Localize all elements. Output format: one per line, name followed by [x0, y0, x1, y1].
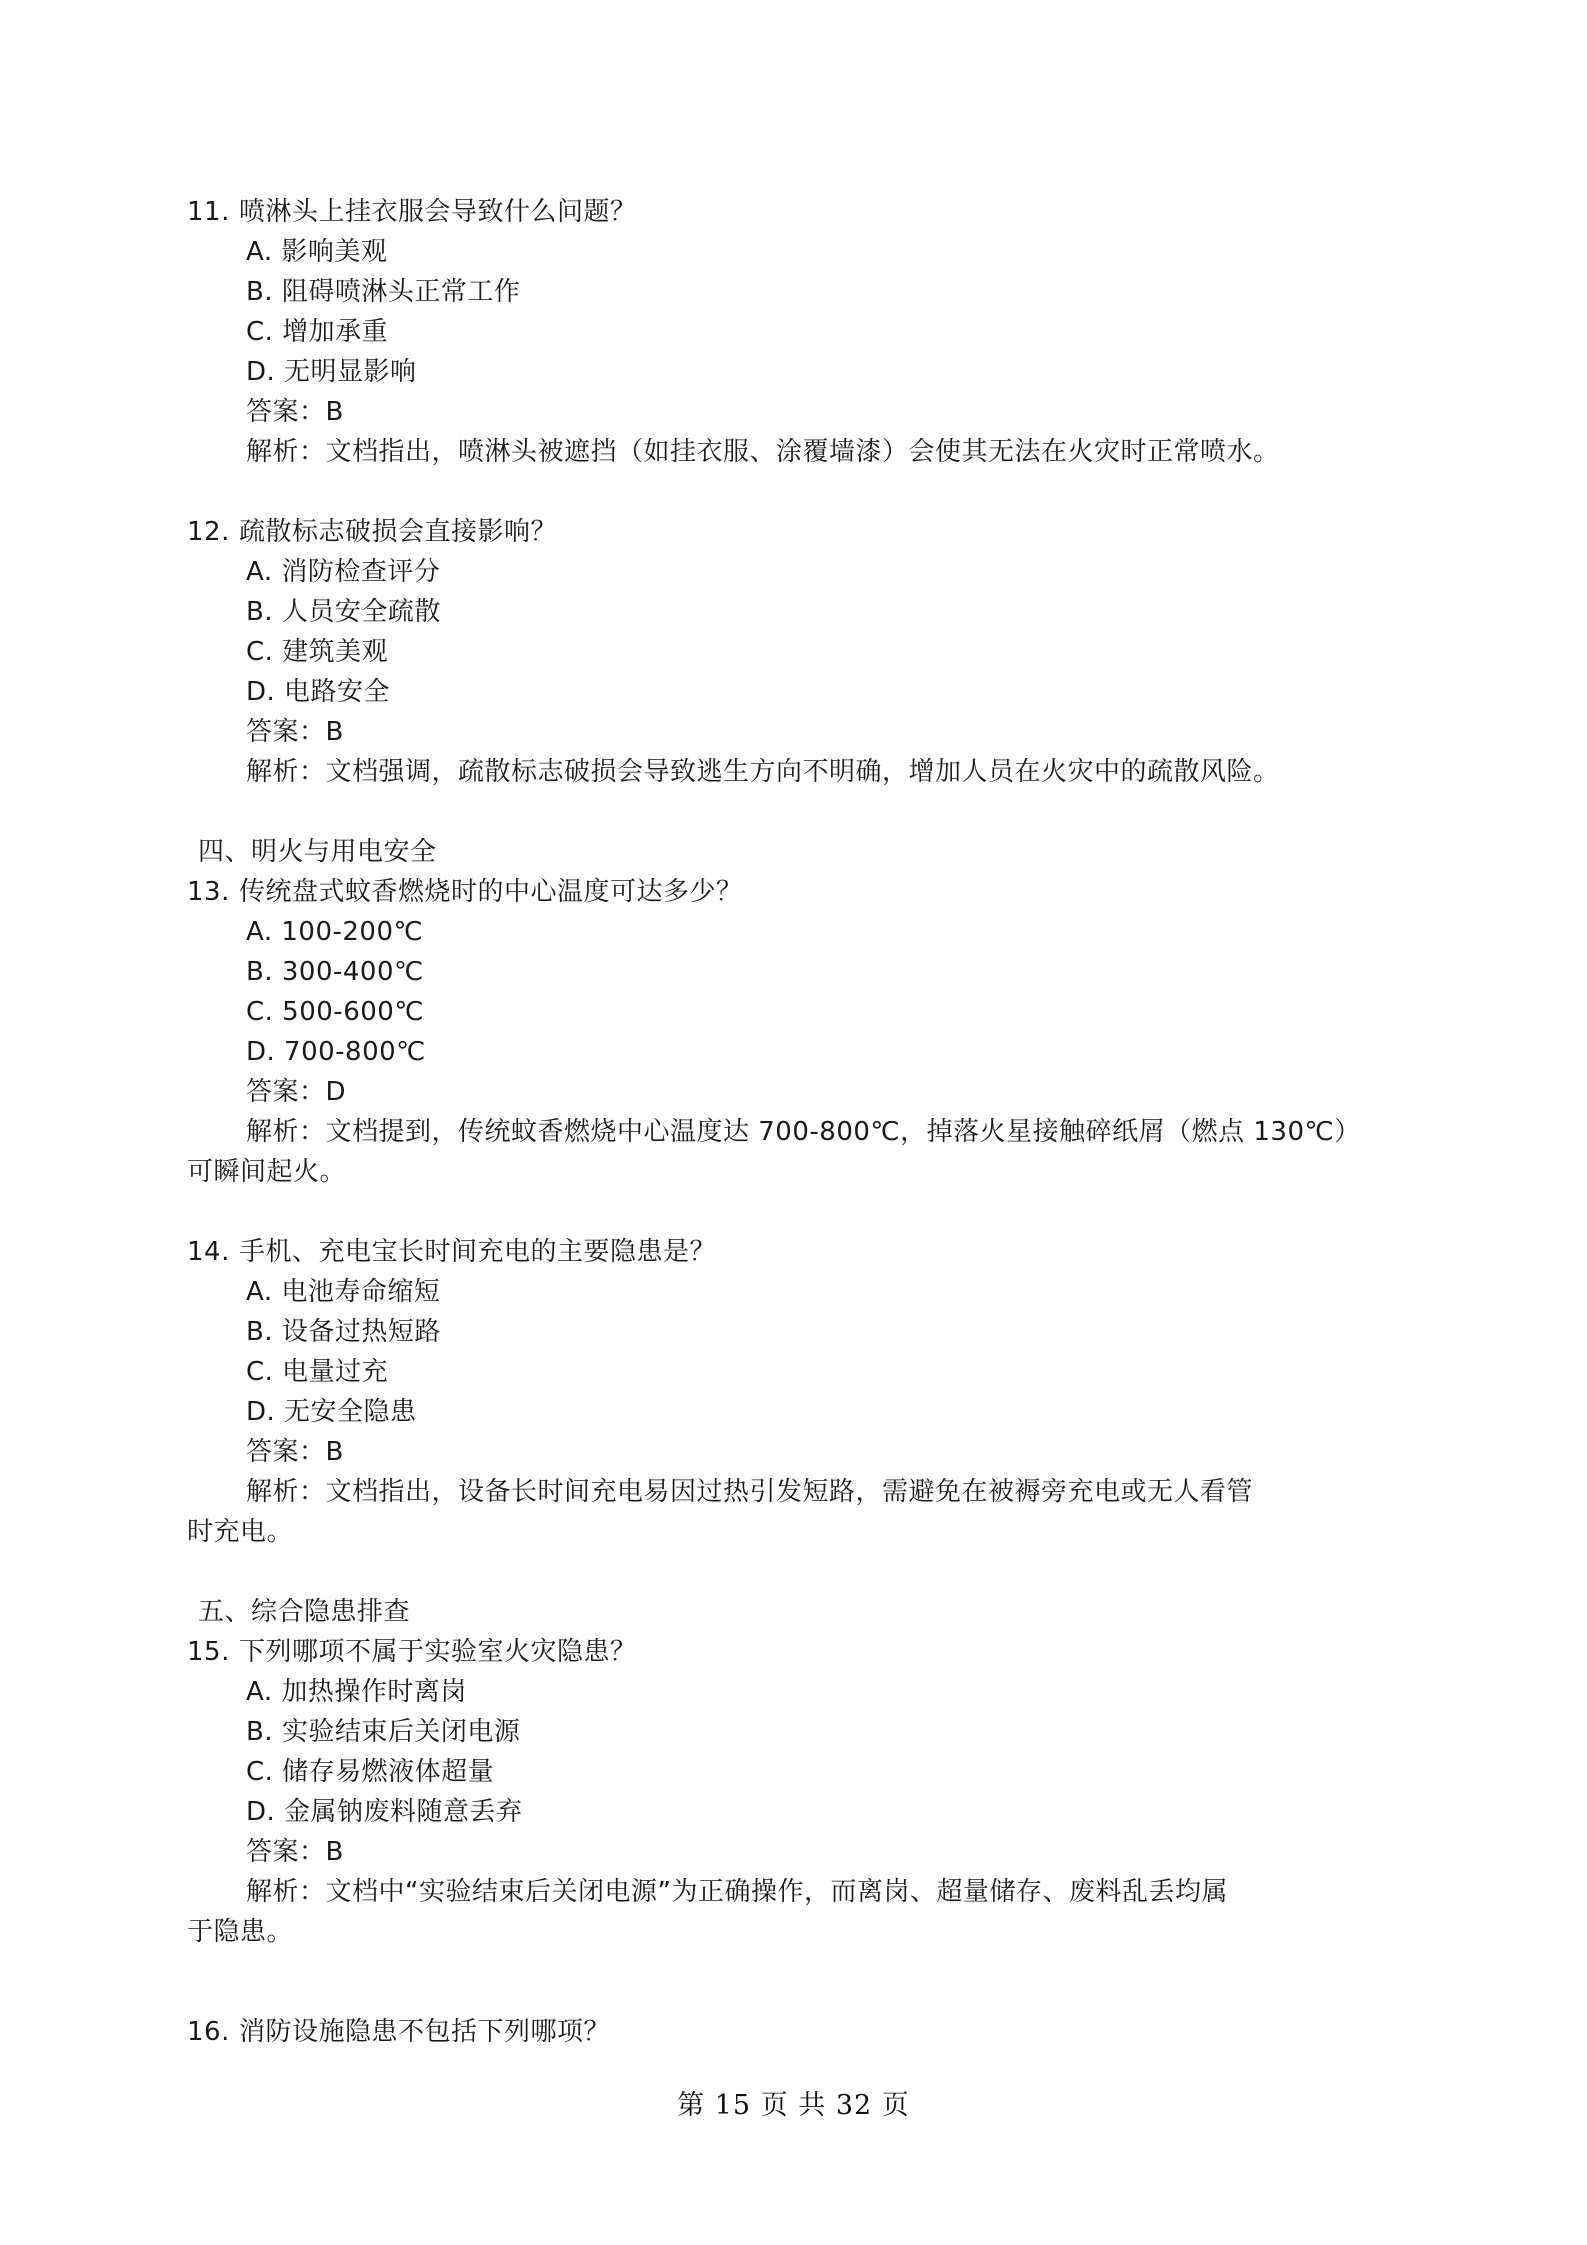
question-text: 消防设施隐患不包括下列哪项？	[239, 2017, 610, 2047]
question-text: 传统盘式蚊香燃烧时的中心温度可达多少？	[239, 877, 743, 907]
question-text: 手机、充电宝长时间充电的主要隐患是？	[239, 1237, 716, 1267]
explanation-continued: 可瞬间起火。	[187, 1155, 346, 1189]
option-a: A. 影响美观	[246, 235, 387, 269]
section-heading: 四、明火与用电安全	[198, 835, 437, 869]
question-14: 14.手机、充电宝长时间充电的主要隐患是？	[187, 1235, 716, 1269]
question-13: 13.传统盘式蚊香燃烧时的中心温度可达多少？	[187, 875, 743, 909]
question-11: 11.喷淋头上挂衣服会导致什么问题？	[187, 195, 637, 229]
page-number-footer: 第 15 页 共 32 页	[0, 2083, 1587, 2122]
question-text: 喷淋头上挂衣服会导致什么问题？	[239, 197, 637, 227]
option-d: D. 电路安全	[246, 675, 390, 709]
option-b: B. 设备过热短路	[246, 1315, 441, 1349]
option-a: A. 100-200℃	[246, 915, 423, 949]
question-number: 16.	[187, 2015, 239, 2049]
option-b: B. 实验结束后关闭电源	[246, 1715, 520, 1749]
question-text: 下列哪项不属于实验室火灾隐患？	[239, 1637, 637, 1667]
answer: 答案：B	[246, 395, 344, 429]
question-15: 15.下列哪项不属于实验室火灾隐患？	[187, 1635, 637, 1669]
explanation-continued: 于隐患。	[187, 1915, 293, 1949]
answer: 答案：B	[246, 715, 344, 749]
option-a: A. 电池寿命缩短	[246, 1275, 440, 1309]
option-c: C. 电量过充	[246, 1355, 388, 1389]
option-b: B. 300-400℃	[246, 955, 424, 989]
option-d: D. 无安全隐患	[246, 1395, 417, 1429]
option-d: D. 无明显影响	[246, 355, 417, 389]
answer: 答案：D	[246, 1075, 346, 1109]
option-d: D. 金属钠废料随意丢弃	[246, 1795, 523, 1829]
explanation: 解析：文档指出，喷淋头被遮挡（如挂衣服、涂覆墙漆）会使其无法在火灾时正常喷水。	[246, 435, 1280, 469]
option-a: A. 消防检查评分	[246, 555, 440, 589]
question-number: 14.	[187, 1235, 239, 1269]
answer: 答案：B	[246, 1435, 344, 1469]
question-number: 13.	[187, 875, 239, 909]
explanation: 解析：文档提到，传统蚊香燃烧中心温度达 700-800℃，掉落火星接触碎纸屑（燃…	[246, 1115, 1361, 1149]
question-number: 12.	[187, 515, 239, 549]
answer: 答案：B	[246, 1835, 344, 1869]
explanation: 解析：文档中“实验结束后关闭电源”为正确操作，而离岗、超量储存、废料乱丢均属	[246, 1875, 1228, 1909]
option-a: A. 加热操作时离岗	[246, 1675, 467, 1709]
explanation: 解析：文档强调，疏散标志破损会导致逃生方向不明确，增加人员在火灾中的疏散风险。	[246, 755, 1280, 789]
question-16: 16.消防设施隐患不包括下列哪项？	[187, 2015, 610, 2049]
explanation: 解析：文档指出，设备长时间充电易因过热引发短路，需避免在被褥旁充电或无人看管	[246, 1475, 1253, 1509]
option-b: B. 阻碍喷淋头正常工作	[246, 275, 520, 309]
option-c: C. 500-600℃	[246, 995, 424, 1029]
question-text: 疏散标志破损会直接影响？	[239, 517, 557, 547]
option-d: D. 700-800℃	[246, 1035, 426, 1069]
option-b: B. 人员安全疏散	[246, 595, 441, 629]
explanation-continued: 时充电。	[187, 1515, 293, 1549]
question-number: 15.	[187, 1635, 239, 1669]
document-page: 11.喷淋头上挂衣服会导致什么问题？ A. 影响美观 B. 阻碍喷淋头正常工作 …	[0, 0, 1587, 2245]
option-c: C. 增加承重	[246, 315, 388, 349]
option-c: C. 建筑美观	[246, 635, 388, 669]
question-12: 12.疏散标志破损会直接影响？	[187, 515, 557, 549]
question-number: 11.	[187, 195, 239, 229]
section-heading: 五、综合隐患排查	[198, 1595, 410, 1629]
option-c: C. 储存易燃液体超量	[246, 1755, 494, 1789]
